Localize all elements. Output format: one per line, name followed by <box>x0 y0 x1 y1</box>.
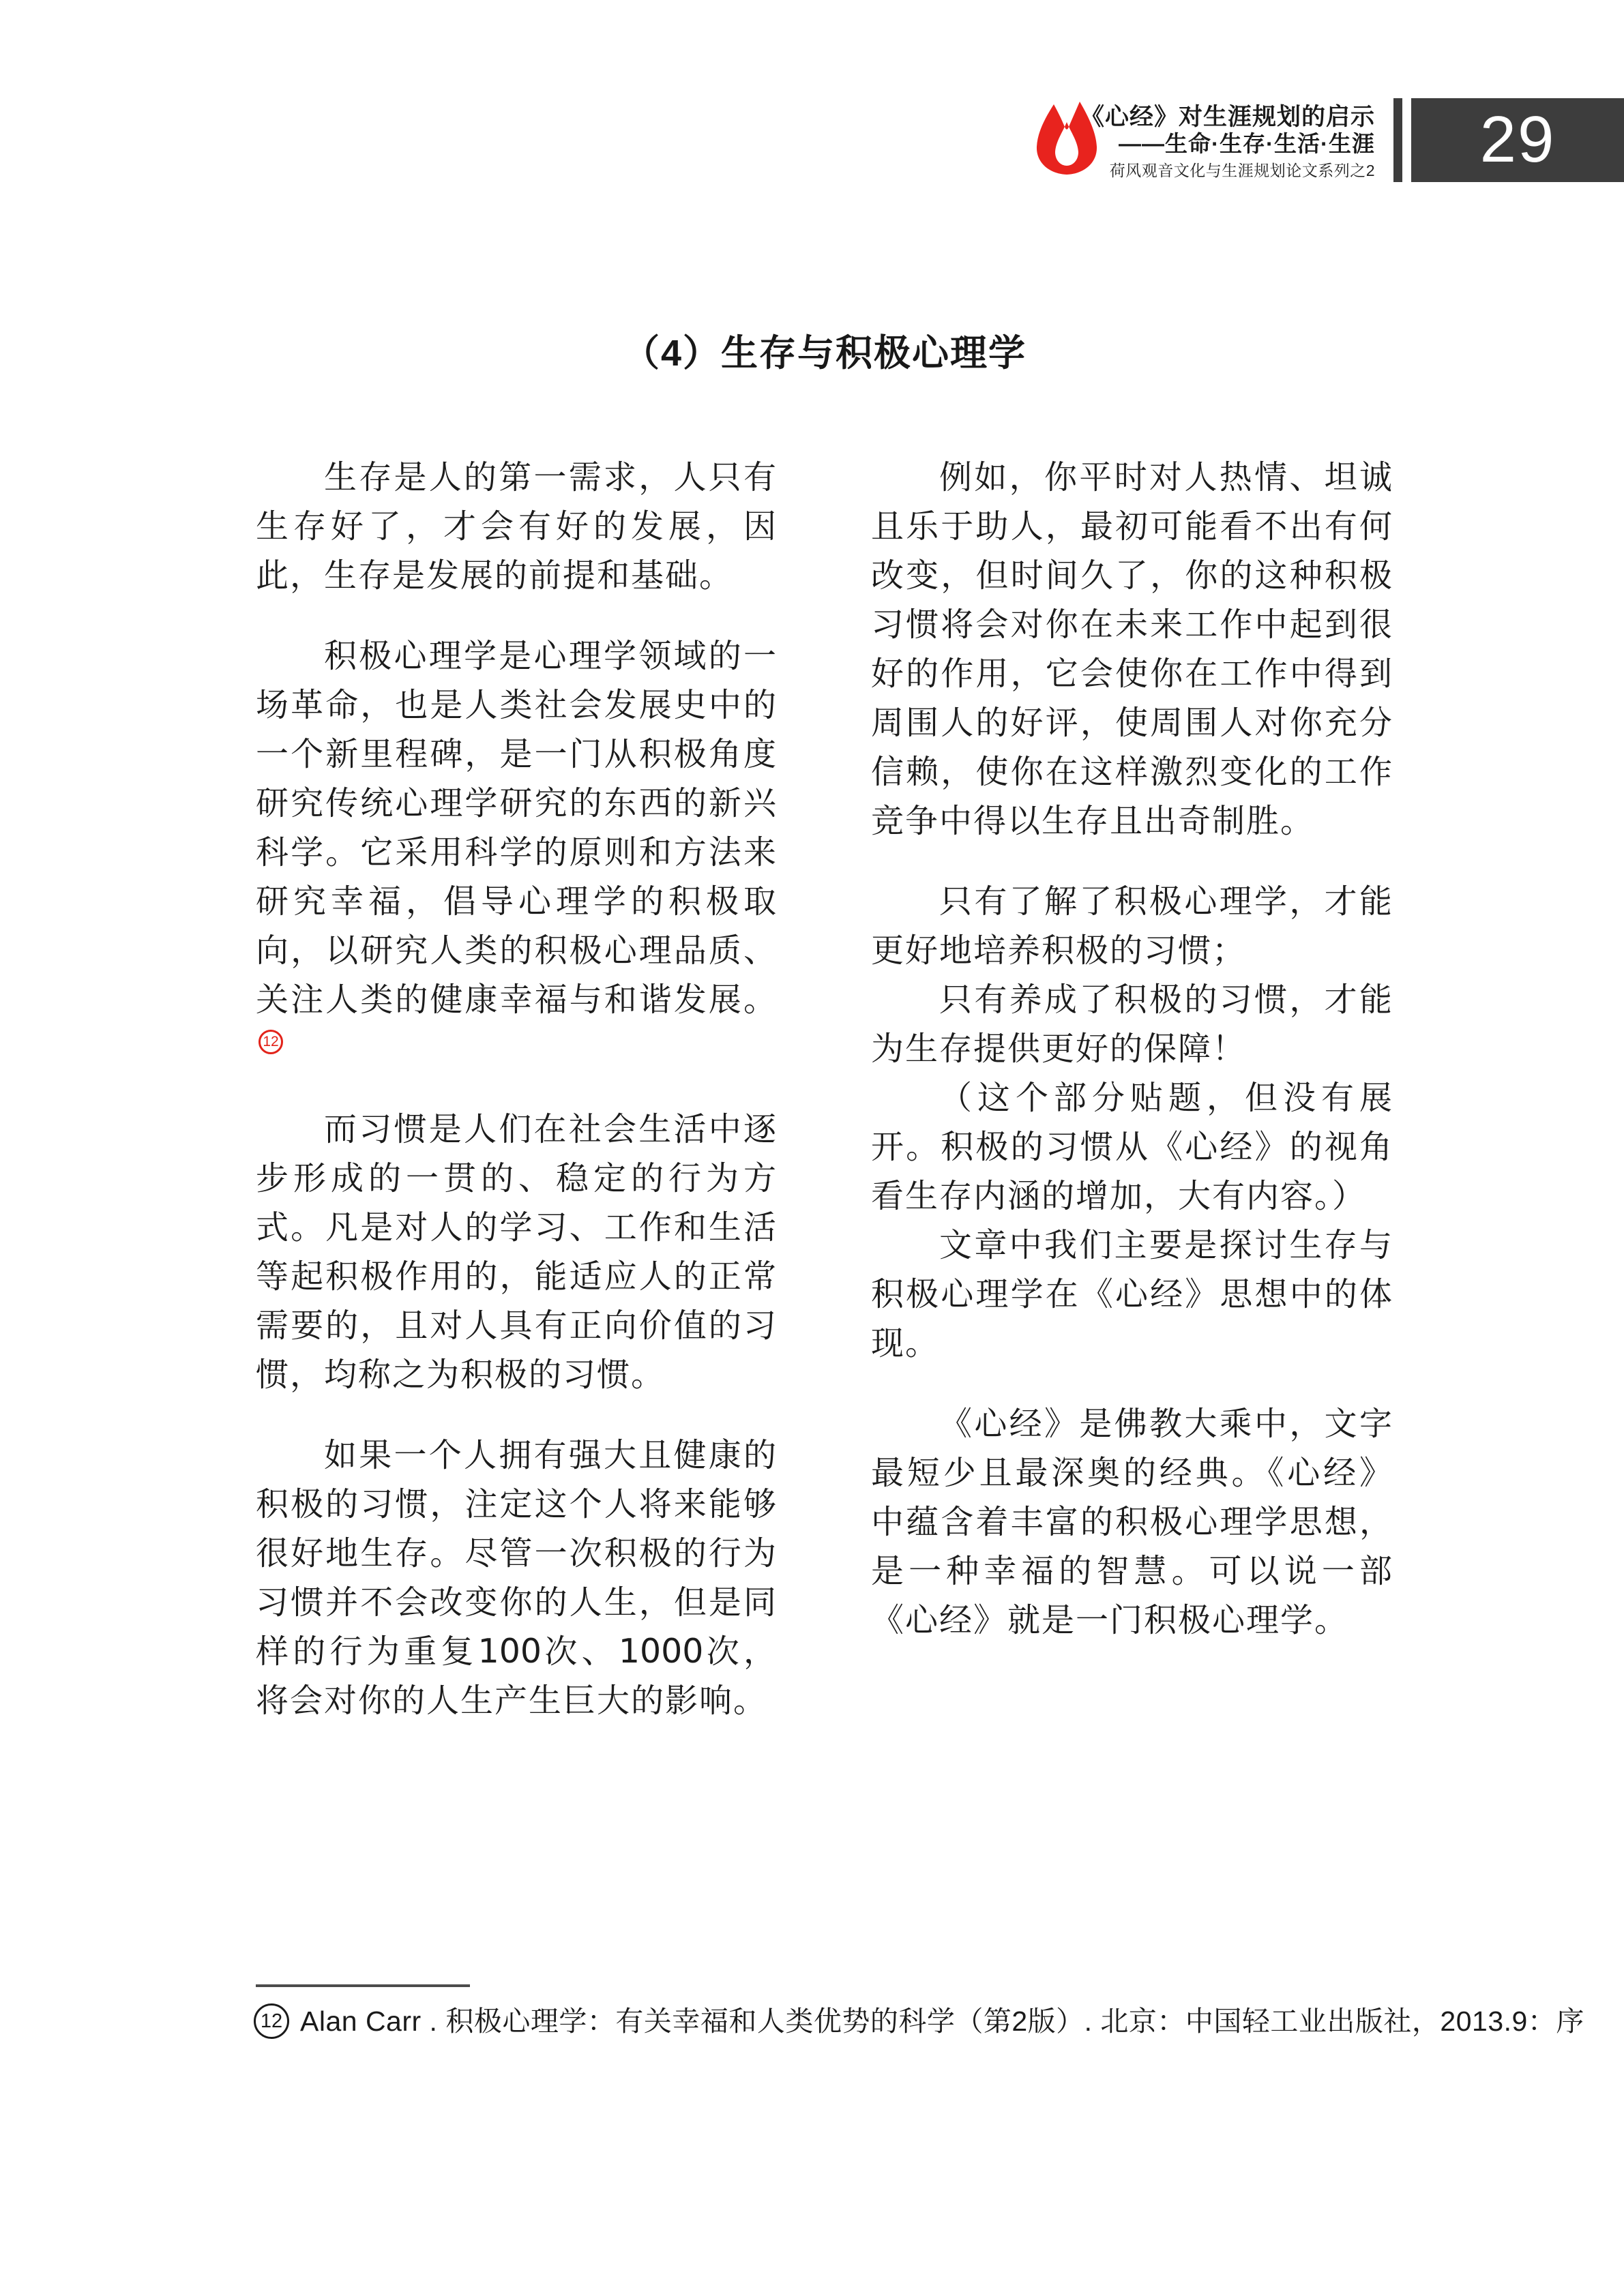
superscript-note-ref: 12 <box>259 1030 283 1054</box>
body-paragraph: 文章中我们主要是探讨生存与积极心理学在《心经》思想中的体现。 <box>871 1221 1393 1368</box>
body-paragraph: 而习惯是人们在社会生活中逐步形成的一贯的、稳定的行为方式。凡是对人的学习、工作和… <box>256 1105 778 1399</box>
body-columns: 生存是人的第一需求，人只有生存好了，才会有好的发展，因此，生存是发展的前提和基础… <box>256 453 1393 1725</box>
body-paragraph: 只有了解了积极心理学，才能更好地培养积极的习惯； <box>871 877 1393 975</box>
footnote-marker-12: 12 <box>254 2003 289 2039</box>
book-page: 《心经》对生涯规划的启示 ——生命·生存·生活·生涯 荷风观音文化与生涯规划论文… <box>0 0 1624 2296</box>
header-title-line1: 《心经》对生涯规划的启示 <box>1080 104 1375 130</box>
body-paragraph: 《心经》是佛教大乘中，文字最短少且最深奥的经典。《心经》中蕴含着丰富的积极心理学… <box>871 1399 1393 1645</box>
header-series-line: 荷风观音文化与生涯规划论文系列之2 <box>1080 161 1375 180</box>
body-paragraph: 例如，你平时对人热情、坦诚且乐于助人，最初可能看不出有何改变，但时间久了，你的这… <box>871 453 1393 846</box>
body-paragraph: 生存是人的第一需求，人只有生存好了，才会有好的发展，因此，生存是发展的前提和基础… <box>256 453 778 600</box>
numeral: 1000 <box>619 1632 704 1671</box>
footnote: 12 Alan Carr . 积极心理学：有关幸福和人类优势的科学（第2版）. … <box>254 2002 1400 2040</box>
page-number-box: 29 <box>1411 98 1624 182</box>
page-number: 29 <box>1411 98 1624 181</box>
footnote-rule <box>256 1984 470 1987</box>
body-paragraph: 只有养成了积极的习惯，才能为生存提供更好的保障！ <box>871 975 1393 1073</box>
header-title-line2: ——生命·生存·生活·生涯 <box>1080 132 1375 156</box>
body-paragraph: （这个部分贴题，但没有展开。积极的习惯从《心经》的视角看生存内涵的增加，大有内容… <box>871 1073 1393 1221</box>
footnote-text: Alan Carr . 积极心理学：有关幸福和人类优势的科学（第2版）. 北京：… <box>300 2002 1584 2040</box>
body-paragraph: 如果一个人拥有强大且健康的积极的习惯，注定这个人将来能够很好地生存。尽管一次积极… <box>256 1431 778 1725</box>
section-title: （4）生存与积极心理学 <box>256 330 1393 376</box>
body-paragraph: 积极心理学是心理学领域的一场革命，也是人类社会发展史中的一个新里程碑，是一门从积… <box>256 631 778 1073</box>
left-column: 生存是人的第一需求，人只有生存好了，才会有好的发展，因此，生存是发展的前提和基础… <box>256 453 778 1725</box>
numeral: 100 <box>478 1632 542 1671</box>
header-title-block: 《心经》对生涯规划的启示 ——生命·生存·生活·生涯 荷风观音文化与生涯规划论文… <box>1080 104 1375 180</box>
header-divider-bar <box>1393 98 1402 182</box>
right-column: 例如，你平时对人热情、坦诚且乐于助人，最初可能看不出有何改变，但时间久了，你的这… <box>871 453 1393 1725</box>
